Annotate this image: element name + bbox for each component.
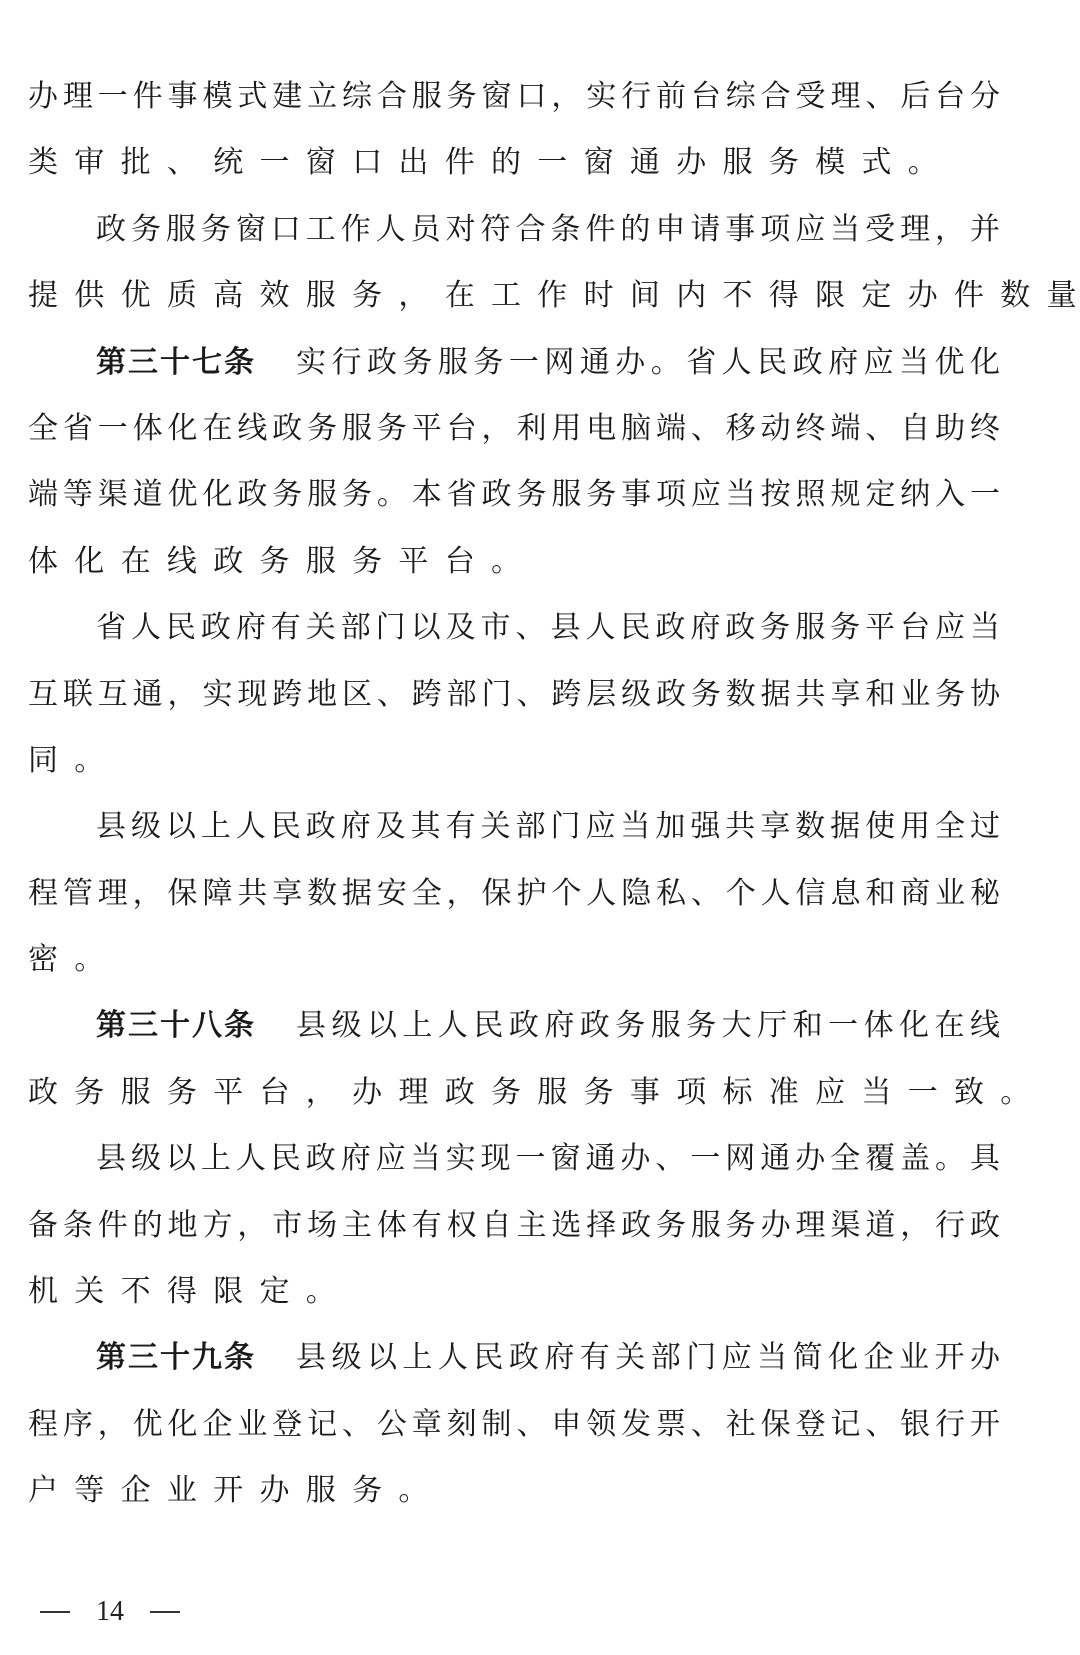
document-page: 办理一件事模式建立综合服务窗口，实行前台综合受理、后台分 类审批、统一窗口出件的… xyxy=(28,64,1000,1525)
text-line: 机关不得限定。 xyxy=(28,1259,1000,1325)
text-line: 程序，优化企业登记、公章刻制、申领发票、社保登记、银行开 xyxy=(28,1392,1000,1458)
text-line: 体化在线政务服务平台。 xyxy=(28,529,1000,595)
article-39-first-line: 第三十九条 县级以上人民政府有关部门应当简化企业开办 xyxy=(28,1325,1000,1391)
text-line: 密。 xyxy=(28,927,1000,993)
article-37-first-line: 第三十七条 实行政务服务一网通办。省人民政府应当优化 xyxy=(28,330,1000,396)
page-number: 14 xyxy=(96,1596,124,1628)
text-line: 户等企业开办服务。 xyxy=(28,1458,1000,1524)
page-footer: 14 xyxy=(40,1596,180,1628)
text-line: 备条件的地方，市场主体有权自主选择政务服务办理渠道，行政 xyxy=(28,1193,1000,1259)
dash-left xyxy=(40,1611,70,1613)
text-line: 全省一体化在线政务服务平台，利用电脑端、移动终端、自助终 xyxy=(28,396,1000,462)
article-number: 第三十七条 xyxy=(96,330,256,396)
text-line: 政务服务窗口工作人员对符合条件的申请事项应当受理，并 xyxy=(28,197,1000,263)
text-line: 程管理，保障共享数据安全，保护个人隐私、个人信息和商业秘 xyxy=(28,861,1000,927)
article-number: 第三十九条 xyxy=(96,1325,256,1391)
text-line: 县级以上人民政府应当实现一窗通办、一网通办全覆盖。具 xyxy=(28,1126,1000,1192)
text-line: 类审批、统一窗口出件的一窗通办服务模式。 xyxy=(28,130,1000,196)
text-line: 县级以上人民政府及其有关部门应当加强共享数据使用全过 xyxy=(28,794,1000,860)
text-line: 端等渠道优化政务服务。本省政务服务事项应当按照规定纳入一 xyxy=(28,462,1000,528)
text-line: 提供优质高效服务，在工作时间内不得限定办件数量。 xyxy=(28,263,1000,329)
text-line: 省人民政府有关部门以及市、县人民政府政务服务平台应当 xyxy=(28,595,1000,661)
text-line: 实行政务服务一网通办。省人民政府应当优化 xyxy=(296,330,1000,396)
text-line: 互联互通，实现跨地区、跨部门、跨层级政务数据共享和业务协 xyxy=(28,662,1000,728)
dash-right xyxy=(150,1611,180,1613)
article-number: 第三十八条 xyxy=(96,993,256,1059)
text-line: 同。 xyxy=(28,728,1000,794)
article-38-first-line: 第三十八条 县级以上人民政府政务服务大厅和一体化在线 xyxy=(28,993,1000,1059)
text-line: 县级以上人民政府有关部门应当简化企业开办 xyxy=(296,1325,1000,1391)
text-line: 县级以上人民政府政务服务大厅和一体化在线 xyxy=(296,993,1000,1059)
text-line: 政务服务平台，办理政务服务事项标准应当一致。 xyxy=(28,1060,1000,1126)
text-line: 办理一件事模式建立综合服务窗口，实行前台综合受理、后台分 xyxy=(28,64,1000,130)
